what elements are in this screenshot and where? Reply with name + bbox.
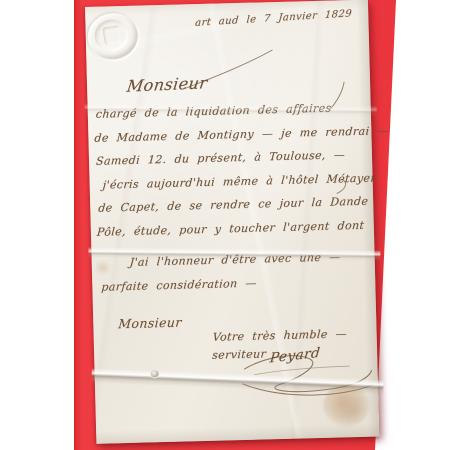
closing-line: Votre très humble — bbox=[212, 327, 347, 344]
valediction-line: parfaite considération — bbox=[101, 277, 258, 294]
body-line: j'écris aujourd'hui même à l'hôtel Métay… bbox=[102, 171, 376, 191]
embossed-seal-crest bbox=[102, 25, 122, 46]
signature: Peyard bbox=[269, 345, 321, 367]
body-line: de Madame de Montigny — je me rendrai — bbox=[94, 124, 389, 145]
stain-left-middle bbox=[94, 259, 112, 275]
body-line: de Capet, de se rendre ce jour la Dande bbox=[98, 195, 369, 215]
body-line: Samedi 12. du présent, à Toulouse, — bbox=[96, 148, 346, 168]
salutation: Monsieur bbox=[126, 73, 209, 96]
valediction-line: J'ai l'honneur d'être avec une — bbox=[129, 250, 341, 269]
stain-bottom-right bbox=[323, 384, 370, 427]
embossed-seal-icon bbox=[84, 9, 141, 63]
paper-hole bbox=[151, 370, 159, 377]
closing-line: serviteur bbox=[212, 347, 267, 361]
body-line: chargé de la liquidation des affaires bbox=[95, 102, 332, 121]
letter-paper: art aud le 7 Janvier 1829 Monsieur charg… bbox=[85, 0, 379, 444]
photo-canvas: { "photo": { "mat_color": "#ee3a41", "ma… bbox=[0, 0, 450, 450]
dateline: art aud le 7 Janvier 1829 bbox=[195, 8, 353, 29]
closing-salutation: Monsieur bbox=[118, 315, 183, 332]
body-line: Pôle, étude, pour y toucher l'argent don… bbox=[96, 219, 364, 239]
